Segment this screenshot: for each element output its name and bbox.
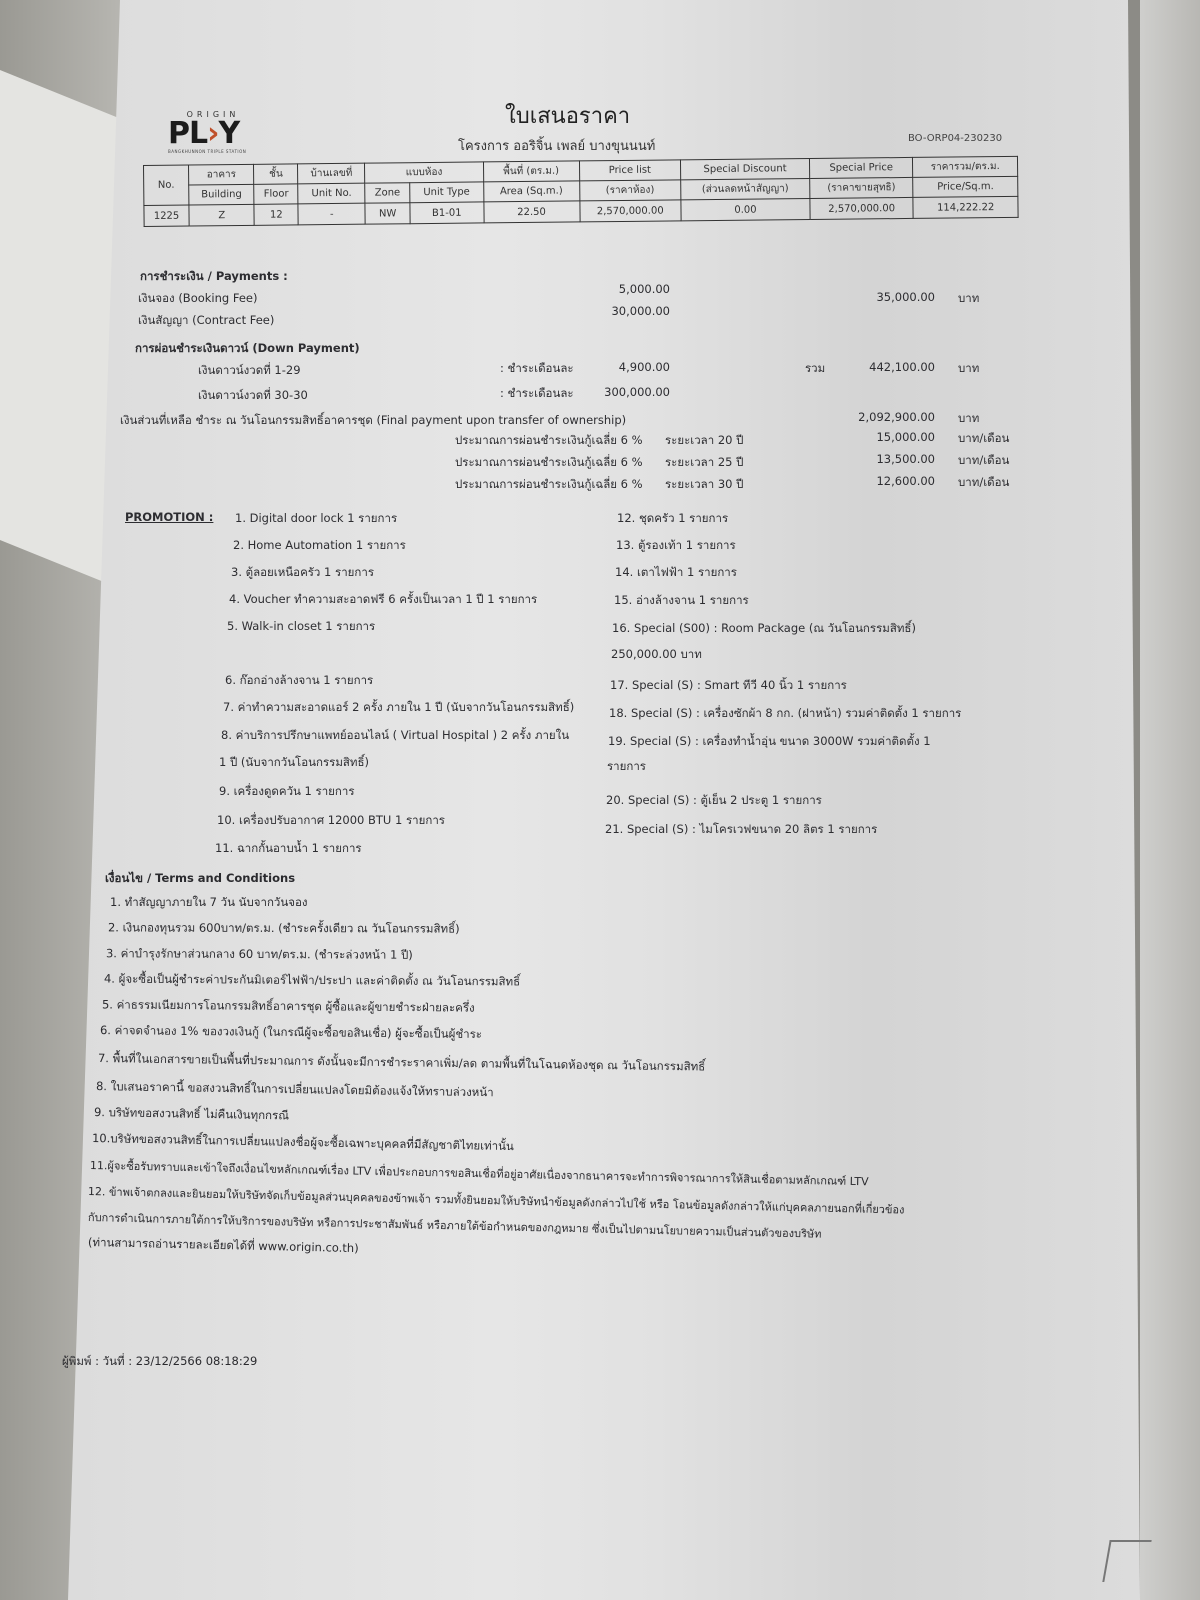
- col-persqm-en: Price/Sq.m.: [913, 176, 1018, 197]
- logo-play-text: PL›Y: [168, 116, 239, 151]
- down-installment-label: เงินดาวน์งวดที่ 1-29: [198, 362, 301, 380]
- col-pricelist-en: Price list: [579, 160, 681, 181]
- print-date-value: 23/12/2566 08:18:29: [136, 1354, 258, 1368]
- contract-fee-label: เงินสัญญา (Contract Fee): [138, 312, 274, 330]
- payments-heading: การชำระเงิน / Payments :: [140, 268, 288, 286]
- cell-discount: 0.00: [681, 199, 810, 221]
- promotion-item: 9. เครื่องดูดควัน 1 รายการ: [219, 783, 355, 801]
- down-installment-label: เงินดาวน์งวดที่ 30-30: [198, 387, 308, 405]
- document-number: BO-ORP04-230230: [908, 133, 1002, 144]
- promotion-item: 2. Home Automation 1 รายการ: [233, 537, 406, 555]
- cell-unit-type: B1-01: [410, 202, 484, 224]
- background-right: [1140, 0, 1200, 1600]
- col-unitno-en: Unit No.: [298, 183, 365, 204]
- promotion-item: 10. เครื่องปรับอากาศ 12000 BTU 1 รายการ: [217, 812, 445, 830]
- col-persqm-th: ราคารวม/ตร.ม.: [913, 156, 1018, 177]
- promotion-item: 8. ค่าบริการปรึกษาแพทย์ออนไลน์ ( Virtual…: [221, 727, 569, 745]
- promotion-item: 5. Walk-in closet 1 รายการ: [227, 618, 375, 636]
- final-payment-label: เงินส่วนที่เหลือ ชำระ ณ วันโอนกรรมสิทธิ์…: [120, 412, 626, 430]
- contract-fee-value: 30,000.00: [560, 304, 670, 318]
- down-total-value: 442,100.00: [820, 360, 935, 374]
- cell-price-per-sqm: 114,222.22: [913, 196, 1018, 218]
- promotion-item: 21. Special (S) : ไมโครเวฟขนาด 20 ลิตร 1…: [605, 821, 877, 839]
- col-zone: Zone: [365, 183, 410, 203]
- booking-fee-label: เงินจอง (Booking Fee): [138, 290, 258, 308]
- loan-estimate-term: ระยะเวลา 25 ปี: [665, 454, 743, 472]
- promotion-item-continued: 1 ปี (นับจากวันโอนกรรมสิทธิ์): [219, 754, 369, 772]
- col-pricelist-th: (ราคาห้อง): [579, 180, 681, 201]
- loan-estimate-label: ประมาณการผ่อนชำระเงินกู้เฉลี่ย 6 %: [455, 432, 643, 450]
- promotion-item: 18. Special (S) : เครื่องซักผ้า 8 กก. (ฝ…: [609, 705, 961, 723]
- col-unitno-th: บ้านเลขที่: [298, 163, 365, 184]
- payments-subtotal-currency: บาท: [958, 290, 979, 308]
- col-roomtype-th: แบบห้อง: [365, 162, 483, 183]
- promotion-item: 15. อ่างล้างจาน 1 รายการ: [614, 592, 749, 610]
- date-label: วันที่ :: [103, 1354, 132, 1368]
- terms-item: 2. เงินกองทุนรวม 600บาท/ตร.ม. (ชำระครั้ง…: [108, 919, 460, 938]
- promotion-item-continued: รายการ: [607, 758, 646, 776]
- cell-area: 22.50: [483, 201, 579, 223]
- terms-heading: เงื่อนไข / Terms and Conditions: [105, 870, 295, 888]
- terms-item: 5. ค่าธรรมเนียมการโอนกรรมสิทธิ์อาคารชุด …: [102, 996, 475, 1017]
- terms-item: 3. ค่าบำรุงรักษาส่วนกลาง 60 บาท/ตร.ม. (ช…: [106, 945, 413, 965]
- paper-corner-fold: [1102, 1540, 1151, 1582]
- promotion-item: 11. ฉากกั้นอาบน้ำ 1 รายการ: [215, 840, 362, 858]
- document-title: ใบเสนอราคา: [505, 98, 630, 133]
- promotion-item: 19. Special (S) : เครื่องทำน้ำอุ่น ขนาด …: [608, 733, 931, 751]
- loan-estimate-value: 15,000.00: [820, 430, 935, 444]
- origin-play-logo: ORIGIN PL›Y BANGKHUNNON TRIPLE STATION: [168, 110, 258, 165]
- final-payment-value: 2,092,900.00: [820, 410, 935, 424]
- promotion-item: 16. Special (S00) : Room Package (ณ วันโ…: [612, 620, 916, 638]
- loan-estimate-value: 13,500.00: [820, 452, 935, 466]
- promotion-heading: PROMOTION :: [125, 510, 213, 524]
- promotion-item: 12. ชุดครัว 1 รายการ: [617, 510, 728, 528]
- loan-estimate-term: ระยะเวลา 20 ปี: [665, 432, 743, 450]
- promotion-item: 4. Voucher ทำความสะอาดฟรี 6 ครั้งเป็นเวล…: [229, 591, 537, 609]
- printer-label: ผู้พิมพ์ :: [62, 1354, 99, 1368]
- promotion-item: 17. Special (S) : Smart ทีวี 40 นิ้ว 1 ร…: [610, 677, 847, 695]
- down-installment-value: 300,000.00: [560, 385, 670, 399]
- cell-zone: NW: [365, 203, 410, 224]
- col-floor-en: Floor: [254, 184, 298, 204]
- promotion-item: 7. ค่าทำความสะอาดแอร์ 2 ครั้ง ภายใน 1 ปี…: [223, 699, 574, 717]
- payments-subtotal: 35,000.00: [820, 290, 935, 304]
- promotion-item: 20. Special (S) : ตู้เย็น 2 ประตู 1 รายก…: [606, 792, 822, 810]
- promotion-item: 1. Digital door lock 1 รายการ: [235, 510, 397, 528]
- col-building-th: อาคาร: [189, 164, 255, 185]
- cell-unit-no: -: [298, 203, 365, 225]
- project-name: โครงการ ออริจิ้น เพลย์ บางขุนนนท์: [458, 135, 655, 156]
- cell-building: Z: [189, 204, 255, 226]
- down-installment-value: 4,900.00: [560, 360, 670, 374]
- loan-estimate-term: ระยะเวลา 30 ปี: [665, 476, 743, 494]
- promotion-item: 6. ก๊อกอ่างล้างจาน 1 รายการ: [225, 672, 373, 690]
- terms-item: 9. บริษัทขอสงวนสิทธิ์ ไม่คืนเงินทุกกรณี: [94, 1104, 289, 1125]
- footer-print-info: ผู้พิมพ์ : วันที่ : 23/12/2566 08:18:29: [62, 1353, 257, 1371]
- logo-tagline: BANGKHUNNON TRIPLE STATION: [168, 149, 258, 154]
- promotion-item-continued: 250,000.00 บาท: [611, 646, 702, 664]
- booking-fee-value: 5,000.00: [560, 282, 670, 296]
- col-special-en: Special Price: [809, 157, 913, 178]
- loan-estimate-unit: บาท/เดือน: [958, 474, 1009, 492]
- col-building-en: Building: [189, 184, 255, 205]
- cell-special-price: 2,570,000.00: [810, 197, 914, 219]
- loan-estimate-unit: บาท/เดือน: [958, 452, 1009, 470]
- terms-item: 4. ผู้จะซื้อเป็นผู้ชำระค่าประกันมิเตอร์ไ…: [104, 971, 520, 992]
- col-special-th: (ราคาขายสุทธิ): [810, 177, 914, 198]
- loan-estimate-value: 12,600.00: [820, 474, 935, 488]
- loan-estimate-label: ประมาณการผ่อนชำระเงินกู้เฉลี่ย 6 %: [455, 476, 643, 494]
- cell-no: 1225: [144, 205, 189, 226]
- terms-item: 1. ทำสัญญาภายใน 7 วัน นับจากวันจอง: [110, 894, 308, 912]
- cell-floor: 12: [254, 204, 298, 225]
- col-floor-th: ชั้น: [254, 164, 298, 184]
- promotion-item: 14. เตาไฟฟ้า 1 รายการ: [615, 564, 737, 582]
- unit-price-table: No. อาคาร ชั้น บ้านเลขที่ แบบห้อง พื้นที…: [143, 156, 1019, 227]
- col-area-th: พื้นที่ (ตร.ม.): [483, 161, 579, 182]
- col-unit-type: Unit Type: [410, 182, 484, 203]
- promotion-item: 3. ตู้ลอยเหนือครัว 1 รายการ: [231, 564, 374, 582]
- down-total-currency: บาท: [958, 360, 979, 378]
- loan-estimate-unit: บาท/เดือน: [958, 430, 1009, 448]
- cell-price-list: 2,570,000.00: [579, 200, 681, 222]
- col-discount-en: Special Discount: [680, 159, 809, 180]
- promotion-item: 13. ตู้รองเท้า 1 รายการ: [616, 537, 736, 555]
- col-area-en: Area (Sq.m.): [483, 181, 579, 202]
- down-payment-heading: การผ่อนชำระเงินดาวน์ (Down Payment): [135, 340, 360, 358]
- col-discount-th: (ส่วนลดหน้าสัญญา): [681, 179, 810, 200]
- col-no: No.: [144, 165, 189, 205]
- loan-estimate-label: ประมาณการผ่อนชำระเงินกู้เฉลี่ย 6 %: [455, 454, 643, 472]
- final-payment-currency: บาท: [958, 410, 979, 428]
